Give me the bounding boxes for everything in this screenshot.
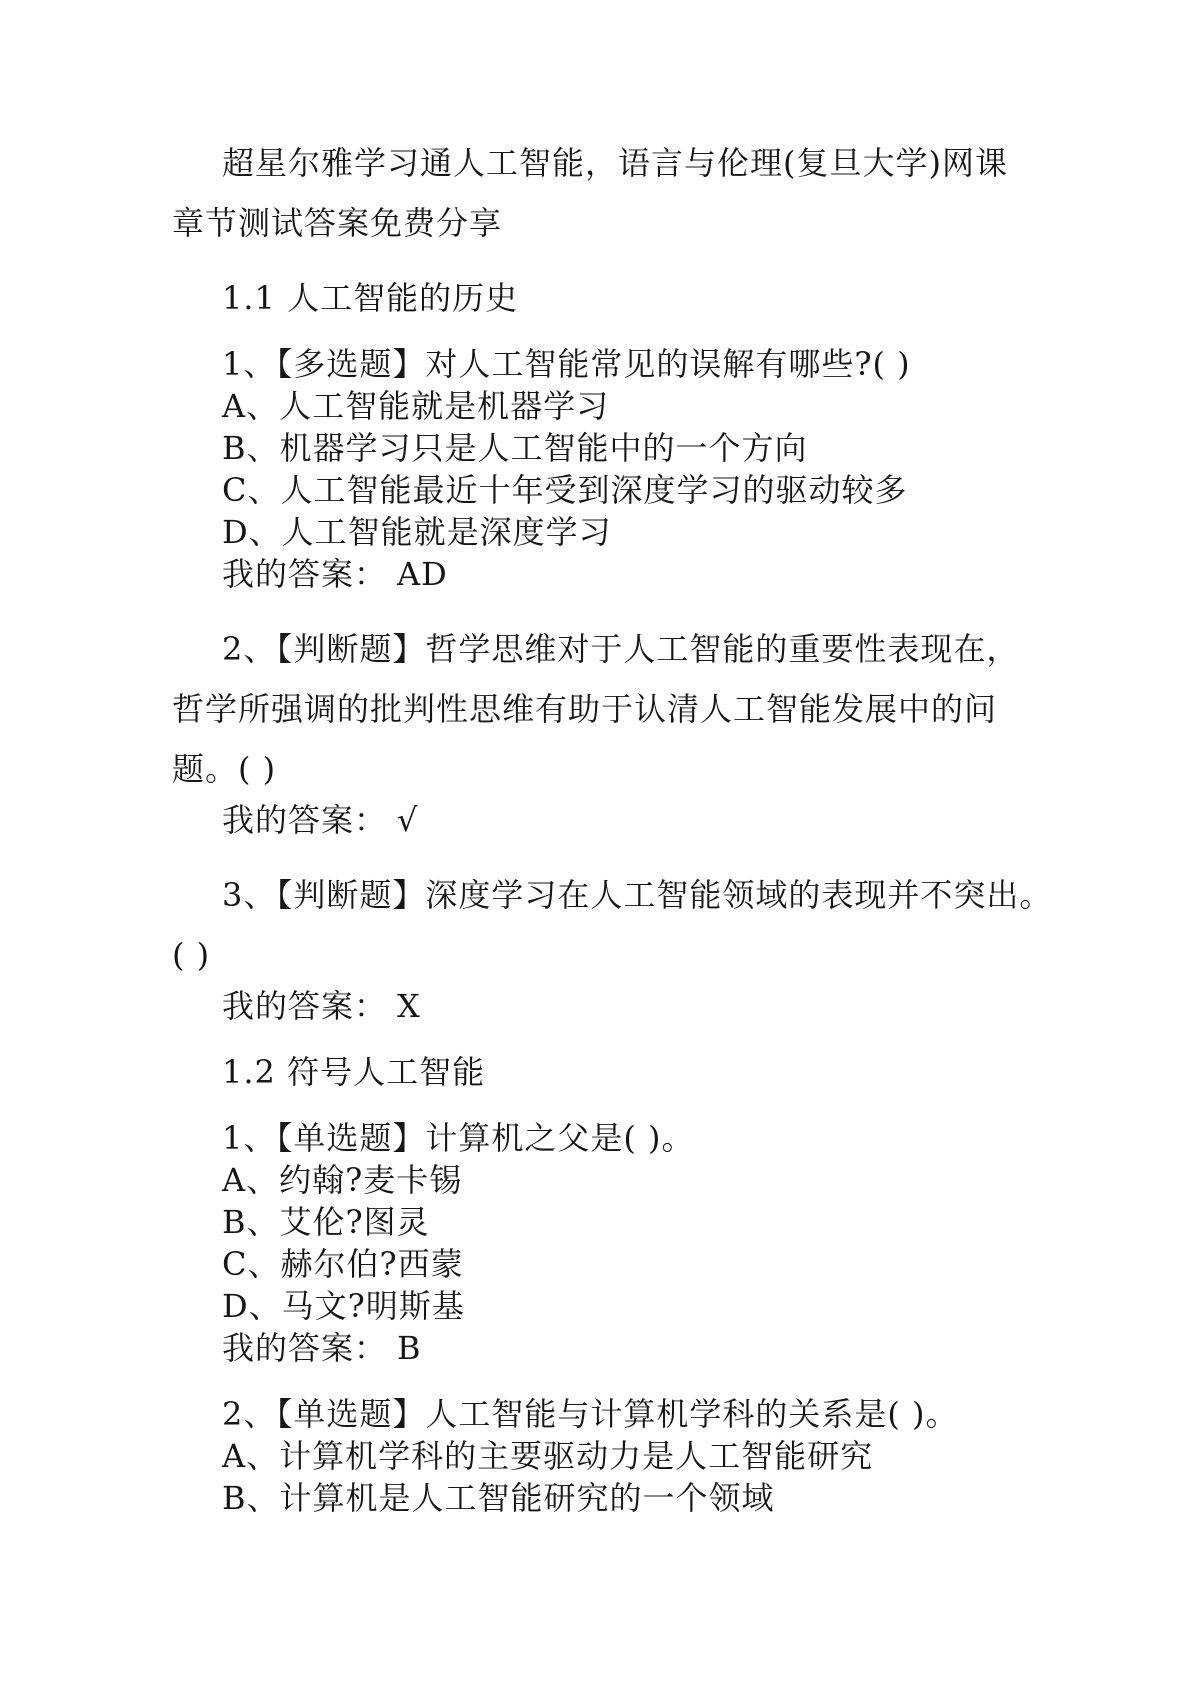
answer-line: 我的答案：B [172,1327,1077,1369]
document-page: 超星尔雅学习通人工智能，语言与伦理(复旦大学)网课 章节测试答案免费分享 1.1… [172,133,1077,1519]
option-item-a: A、计算机学科的主要驱动力是人工智能研究 [172,1435,1077,1477]
question-s2-q2: 2、【单选题】人工智能与计算机学科的关系是( )。 A、计算机学科的主要驱动力是… [172,1393,1077,1519]
option-item-c: C、赫尔伯?西蒙 [172,1243,1077,1285]
question-text-line-2: 哲学所强调的批判性思维有助于认清人工智能发展中的问 [172,679,1077,739]
answer-label: 我的答案： [222,987,387,1025]
answer-line: 我的答案：AD [172,553,1077,595]
answer-value: B [387,1329,422,1367]
question-s1-q2: 2、【判断题】哲学思维对于人工智能的重要性表现在， 哲学所强调的批判性思维有助于… [172,619,1077,841]
section-heading-1-1: 1.1 人工智能的历史 [172,277,1077,319]
option-item-d: D、马文?明斯基 [172,1285,1077,1327]
answer-label: 我的答案： [222,1329,387,1367]
answer-line: 我的答案：√ [172,799,1077,841]
question-s2-q1: 1、【单选题】计算机之父是( )。 A、约翰?麦卡锡 B、艾伦?图灵 C、赫尔伯… [172,1117,1077,1369]
question-text: 1、【单选题】计算机之父是( )。 [172,1117,1077,1159]
section-heading-1-2: 1.2 符号人工智能 [172,1051,1077,1093]
answer-label: 我的答案： [222,801,387,839]
title-line-1: 超星尔雅学习通人工智能，语言与伦理(复旦大学)网课 [172,133,1077,193]
question-s1-q3: 3、【判断题】深度学习在人工智能领域的表现并不突出。 ( ) 我的答案：X [172,865,1077,1027]
answer-value: √ [387,801,418,839]
question-text: 1、【多选题】对人工智能常见的误解有哪些?( ) [172,343,1077,385]
question-s1-q1: 1、【多选题】对人工智能常见的误解有哪些?( ) A、人工智能就是机器学习 B、… [172,343,1077,595]
option-item-b: B、艾伦?图灵 [172,1201,1077,1243]
question-text-line-3: 题。( ) [172,739,1077,799]
option-item-a: A、约翰?麦卡锡 [172,1159,1077,1201]
question-text-line-1: 2、【判断题】哲学思维对于人工智能的重要性表现在， [172,619,1077,679]
document-title: 超星尔雅学习通人工智能，语言与伦理(复旦大学)网课 章节测试答案免费分享 [172,133,1077,253]
option-item-a: A、人工智能就是机器学习 [172,385,1077,427]
title-line-2: 章节测试答案免费分享 [172,193,1077,253]
answer-value: AD [387,555,448,593]
question-text-line-1: 3、【判断题】深度学习在人工智能领域的表现并不突出。 [172,865,1077,925]
answer-label: 我的答案： [222,555,387,593]
question-text: 2、【单选题】人工智能与计算机学科的关系是( )。 [172,1393,1077,1435]
answer-line: 我的答案：X [172,985,1077,1027]
option-item-c: C、人工智能最近十年受到深度学习的驱动较多 [172,469,1077,511]
answer-value: X [387,987,421,1025]
option-item-b: B、计算机是人工智能研究的一个领域 [172,1477,1077,1519]
option-item-d: D、人工智能就是深度学习 [172,511,1077,553]
question-text-line-2: ( ) [172,925,1077,985]
option-item-b: B、机器学习只是人工智能中的一个方向 [172,427,1077,469]
